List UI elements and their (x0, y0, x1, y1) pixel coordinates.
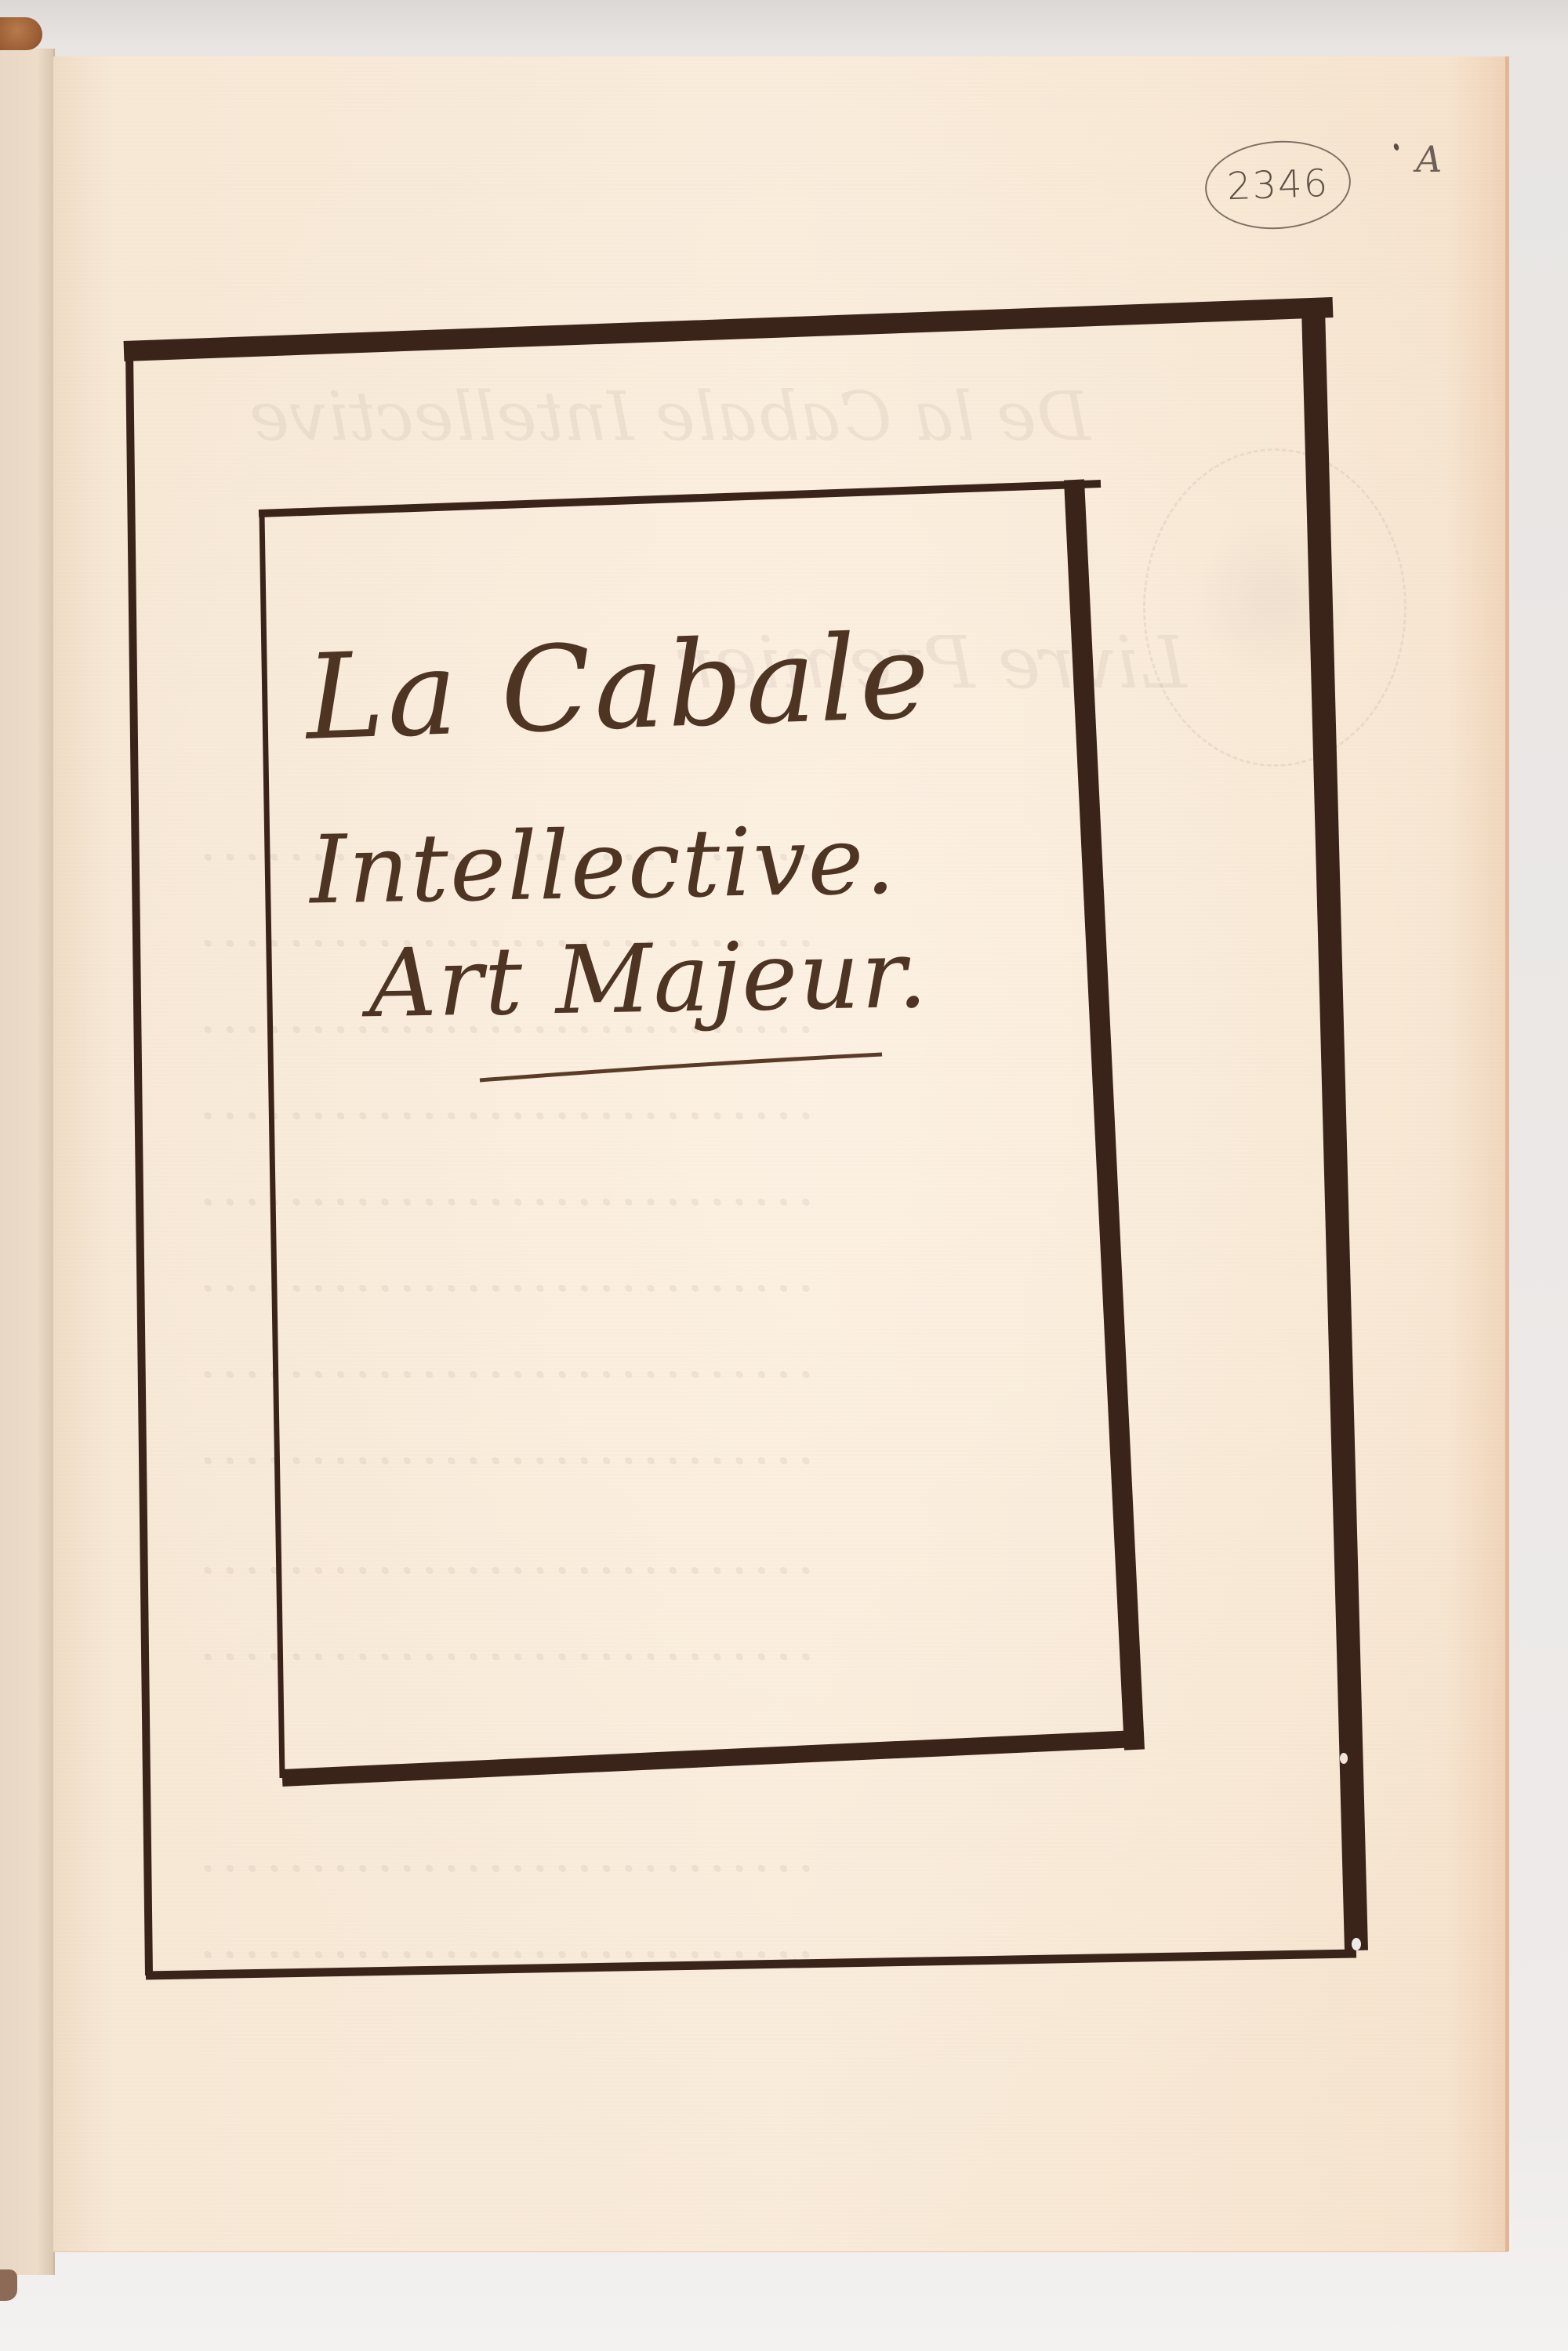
binding-cord-top (0, 17, 42, 50)
title-line-1: La Cabale (303, 608, 935, 767)
scan-scene: De la Cabale Intellective Livre Premier … (0, 0, 1568, 2351)
previous-leaf-edge (0, 49, 55, 2275)
bleed-line: ............................ (194, 1413, 815, 1477)
bleed-line: De la Cabale Intellective (249, 378, 1091, 456)
bleed-through-text: De la Cabale Intellective Livre Premier … (53, 56, 1505, 2251)
bleed-line: ............................ (194, 1326, 815, 1391)
shelf-mark-number: 2346 (1226, 161, 1330, 209)
title-line-3: Art Majeur. (368, 920, 930, 1039)
bleed-line: ............................ (194, 1907, 815, 1971)
manuscript-page: De la Cabale Intellective Livre Premier … (53, 56, 1508, 2251)
binding-cord-bottom (0, 2269, 17, 2301)
title-line-2: Intellective. (309, 806, 898, 925)
bleed-line: ............................ (194, 1609, 815, 1673)
bleed-line: ............................ (194, 1154, 815, 1218)
bleed-line: ............................ (194, 1522, 815, 1587)
corner-letter-mark: A (1416, 138, 1442, 180)
bleed-line: ............................ (194, 1068, 815, 1132)
bleed-line: ............................ (194, 1820, 815, 1885)
bleed-line: ............................ (194, 1240, 815, 1304)
library-stamp-bleed-icon (1143, 448, 1406, 767)
